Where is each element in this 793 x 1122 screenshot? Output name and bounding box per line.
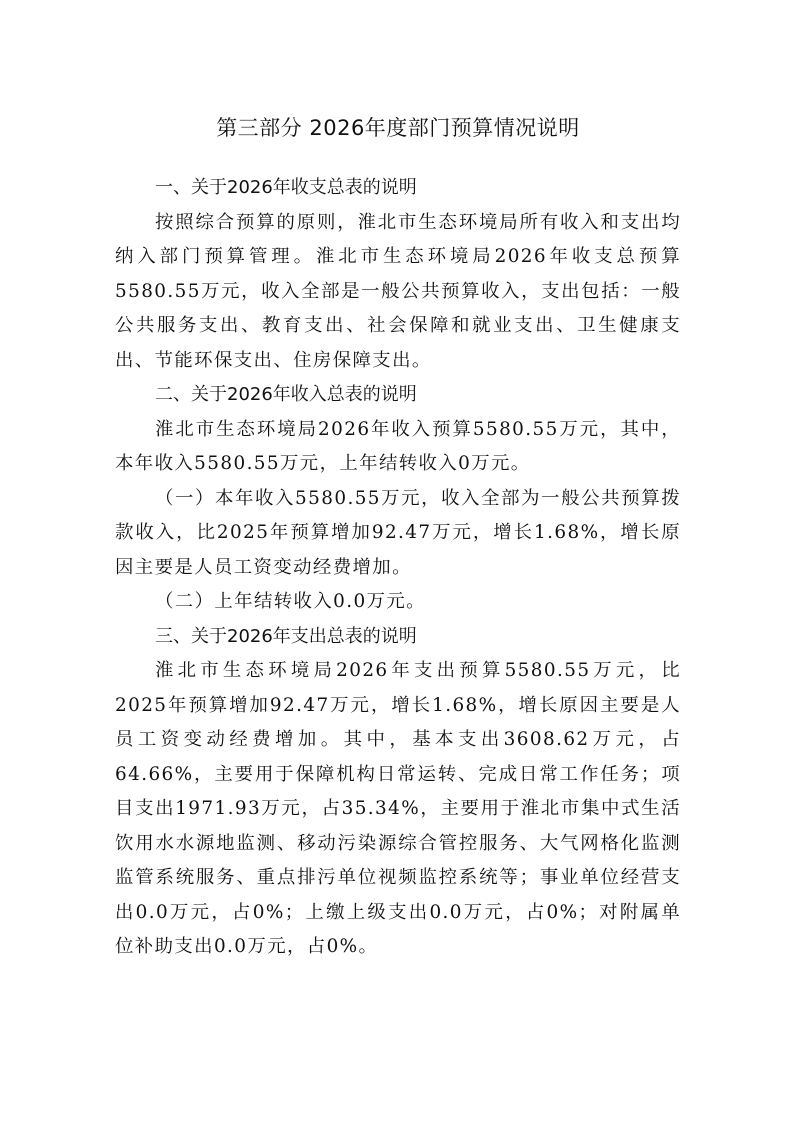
section-heading: 三、关于2026年支出总表的说明 [115, 620, 681, 655]
paragraph: （二）上年结转收入0.0万元。 [115, 585, 681, 620]
paragraph: 按照综合预算的原则，淮北市生态环境局所有收入和支出均纳入部门预算管理。淮北市生态… [115, 206, 681, 379]
section-income-summary: 二、关于2026年收入总表的说明 淮北市生态环境局2026年收入预算5580.5… [115, 378, 681, 620]
section-income-expense-summary: 一、关于2026年收支总表的说明 按照综合预算的原则，淮北市生态环境局所有收入和… [115, 171, 681, 378]
document-body: 一、关于2026年收支总表的说明 按照综合预算的原则，淮北市生态环境局所有收入和… [115, 171, 681, 965]
page-title: 第三部分 2026年度部门预算情况说明 [115, 112, 681, 142]
section-expense-summary: 三、关于2026年支出总表的说明 淮北市生态环境局2026年支出预算5580.5… [115, 620, 681, 965]
section-heading: 一、关于2026年收支总表的说明 [115, 171, 681, 206]
section-heading: 二、关于2026年收入总表的说明 [115, 378, 681, 413]
paragraph: 淮北市生态环境局2026年收入预算5580.55万元，其中，本年收入5580.5… [115, 413, 681, 482]
paragraph: （一）本年收入5580.55万元，收入全部为一般公共预算拨款收入，比2025年预… [115, 482, 681, 586]
paragraph: 淮北市生态环境局2026年支出预算5580.55万元，比2025年预算增加92.… [115, 654, 681, 965]
